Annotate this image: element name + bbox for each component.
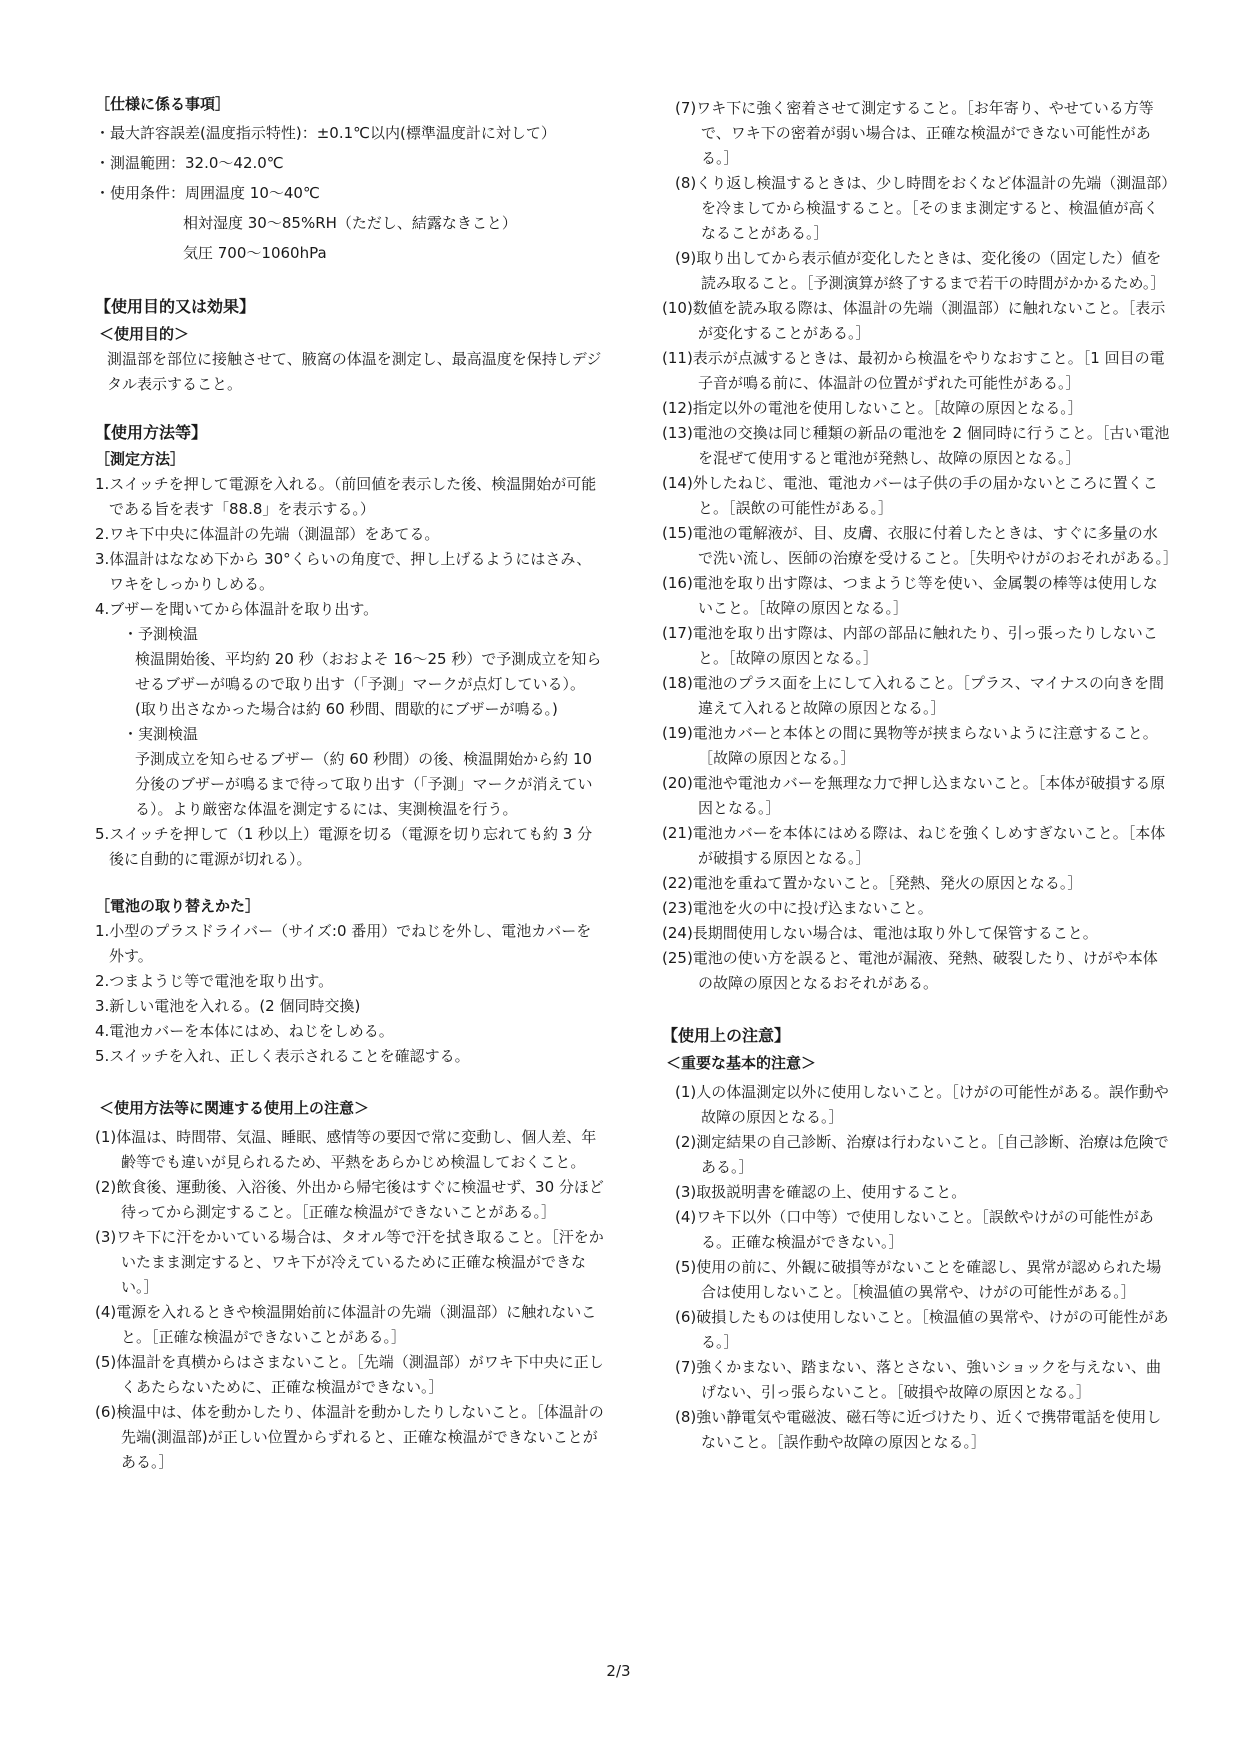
precautions-heading: 【使用上の注意】 [662, 1022, 1172, 1050]
measure-step-4: 4.ブザーを聞いてから体温計を取り出す。 [95, 597, 605, 622]
measure-step-5: 5.スイッチを押して（1 秒以上）電源を切る（電源を切り忘れても約 3 分後に自… [95, 822, 605, 872]
measure-step-2: 2.ワキ下中央に体温計の先端（測温部）をあてる。 [95, 522, 605, 547]
battery-step-1: 1.小型のプラスドライバー（サイズ:0 番用）でねじを外し、電池カバーを外す。 [95, 919, 605, 969]
related-note-23: (23)電池を火の中に投げ込まないこと。 [662, 896, 1172, 921]
related-note-15: (15)電池の電解液が、目、皮膚、衣服に付着したときは、すぐに多量の水で洗い流し… [662, 521, 1172, 571]
related-note-24: (24)長期間使用しない場合は、電池は取り外して保管すること。 [662, 921, 1172, 946]
related-note-8: (8)くり返し検温するときは、少し時間をおくなど体温計の先端（測温部）を冷まして… [675, 171, 1172, 246]
precaution-8: (8)強い静電気や電磁波、磁石等に近づけたり、近くで携帯電話を使用しないこと。［… [675, 1405, 1172, 1455]
battery-step-3: 3.新しい電池を入れる。(2 個同時交換) [95, 994, 605, 1019]
related-note-12: (12)指定以外の電池を使用しないこと。［故障の原因となる。］ [662, 396, 1172, 421]
related-note-2: (2)飲食後、運動後、入浴後、外出から帰宅後はすぐに検温せず、30 分ほど待って… [95, 1175, 605, 1225]
precaution-4: (4)ワキ下以外（口中等）で使用しないこと。［誤飲やけがの可能性がある。正確な検… [675, 1205, 1172, 1255]
spec-range: ・測温範囲：32.0～42.0℃ [95, 151, 605, 176]
precaution-5: (5)使用の前に、外観に破損等がないことを確認し、異常が認められた場合は使用しな… [675, 1255, 1172, 1305]
spec-tolerance: ・最大許容誤差(温度指示特性)：±0.1℃以内(標準温度計に対して） [95, 121, 605, 146]
spec-heading: ［仕様に係る事項］ [95, 92, 605, 117]
related-note-25: (25)電池の使い方を誤ると、電池が漏液、発熱、破裂したり、けがや本体の故障の原… [662, 946, 1172, 996]
related-note-18: (18)電池のプラス面を上にして入れること。［プラス、マイナスの向きを間違えて入… [662, 671, 1172, 721]
measure-heading: ［測定方法］ [95, 447, 605, 472]
precaution-7: (7)強くかまない、踏まない、落とさない、強いショックを与えない、曲げない、引っ… [675, 1355, 1172, 1405]
related-note-6: (6)検温中は、体を動かしたり、体温計を動かしたりしないこと。［体温計の先端(測… [95, 1400, 605, 1475]
related-note-7: (7)ワキ下に強く密着させて測定すること。［お年寄り、やせている方等で、ワキ下の… [675, 96, 1172, 171]
related-note-17: (17)電池を取り出す際は、内部の部品に触れたり、引っ張ったりしないこと。［故障… [662, 621, 1172, 671]
page-number: 2/3 [0, 1662, 1237, 1680]
related-note-1: (1)体温は、時間帯、気温、睡眠、感情等の要因で常に変動し、個人差、年齢等でも違… [95, 1125, 605, 1175]
purpose-heading: 【使用目的又は効果】 [95, 293, 605, 321]
precaution-6: (6)破損したものは使用しないこと。［検温値の異常や、けがの可能性がある。］ [675, 1305, 1172, 1355]
spec-pressure: 気圧 700～1060hPa [95, 241, 605, 266]
precautions-subheading: ＜重要な基本的注意＞ [666, 1050, 1172, 1076]
right-column: (7)ワキ下に強く密着させて測定すること。［お年寄り、やせている方等で、ワキ下の… [662, 96, 1172, 1455]
precaution-2: (2)測定結果の自己診断、治療は行わないこと。［自己診断、治療は危険である。］ [675, 1130, 1172, 1180]
related-note-9: (9)取り出してから表示値が変化したときは、変化後の（固定した）値を読み取ること… [675, 246, 1172, 296]
usage-heading: 【使用方法等】 [95, 419, 605, 447]
related-note-16: (16)電池を取り出す際は、つまようじ等を使い、金属製の棒等は使用しないこと。［… [662, 571, 1172, 621]
related-note-19: (19)電池カバーと本体との間に異物等が挟まらないように注意すること。［故障の原… [662, 721, 1172, 771]
spec-humidity: 相対湿度 30～85%RH（ただし、結露なきこと） [95, 211, 605, 236]
related-note-22: (22)電池を重ねて置かないこと。［発熱、発火の原因となる。］ [662, 871, 1172, 896]
battery-step-2: 2.つまようじ等で電池を取り出す。 [95, 969, 605, 994]
battery-step-4: 4.電池カバーを本体にはめ、ねじをしめる。 [95, 1019, 605, 1044]
related-note-3: (3)ワキ下に汗をかいている場合は、タオル等で汗を拭き取ること。［汗をかいたまま… [95, 1225, 605, 1300]
measure-step-1: 1.スイッチを押して電源を入れる。（前回値を表示した後、検温開始が可能である旨を… [95, 472, 605, 522]
related-notes-heading: ＜使用方法等に関連する使用上の注意＞ [99, 1095, 605, 1121]
left-column: ［仕様に係る事項］ ・最大許容誤差(温度指示特性)：±0.1℃以内(標準温度計に… [95, 92, 605, 1475]
purpose-subheading: ＜使用目的＞ [99, 321, 605, 347]
related-note-13: (13)電池の交換は同じ種類の新品の電池を 2 個同時に行うこと。［古い電池を混… [662, 421, 1172, 471]
predict-mode-title: ・予測検温 [95, 622, 605, 647]
precaution-3: (3)取扱説明書を確認の上、使用すること。 [675, 1180, 1172, 1205]
related-note-14: (14)外したねじ、電池、電池カバーは子供の手の届かないところに置くこと。［誤飲… [662, 471, 1172, 521]
predict-mode-body: 検温開始後、平均約 20 秒（おおよそ 16～25 秒）で予測成立を知らせるブザ… [95, 647, 605, 722]
actual-mode-title: ・実測検温 [95, 722, 605, 747]
purpose-text: 測温部を部位に接触させて、腋窩の体温を測定し、最高温度を保持しデジタル表示するこ… [95, 347, 605, 397]
battery-heading: ［電池の取り替えかた］ [95, 894, 605, 919]
actual-mode-body: 予測成立を知らせるブザー（約 60 秒間）の後、検温開始から約 10 分後のブザ… [95, 747, 605, 822]
related-note-5: (5)体温計を真横からはさまないこと。［先端（測温部）がワキ下中央に正しくあたら… [95, 1350, 605, 1400]
battery-step-5: 5.スイッチを入れ、正しく表示されることを確認する。 [95, 1044, 605, 1069]
related-note-4: (4)電源を入れるときや検温開始前に体温計の先端（測温部）に触れないこと。［正確… [95, 1300, 605, 1350]
related-note-21: (21)電池カバーを本体にはめる際は、ねじを強くしめすぎないこと。［本体が破損す… [662, 821, 1172, 871]
related-note-10: (10)数値を読み取る際は、体温計の先端（測温部）に触れないこと。［表示が変化す… [662, 296, 1172, 346]
precaution-1: (1)人の体温測定以外に使用しないこと。［けがの可能性がある。誤作動や故障の原因… [675, 1080, 1172, 1130]
measure-step-3: 3.体温計はななめ下から 30°くらいの角度で、押し上げるようにはさみ、ワキをし… [95, 547, 605, 597]
spec-conditions: ・使用条件：周囲温度 10～40℃ [95, 181, 605, 206]
related-note-11: (11)表示が点滅するときは、最初から検温をやりなおすこと。［1 回目の電子音が… [662, 346, 1172, 396]
related-note-20: (20)電池や電池カバーを無理な力で押し込まないこと。［本体が破損する原因となる… [662, 771, 1172, 821]
